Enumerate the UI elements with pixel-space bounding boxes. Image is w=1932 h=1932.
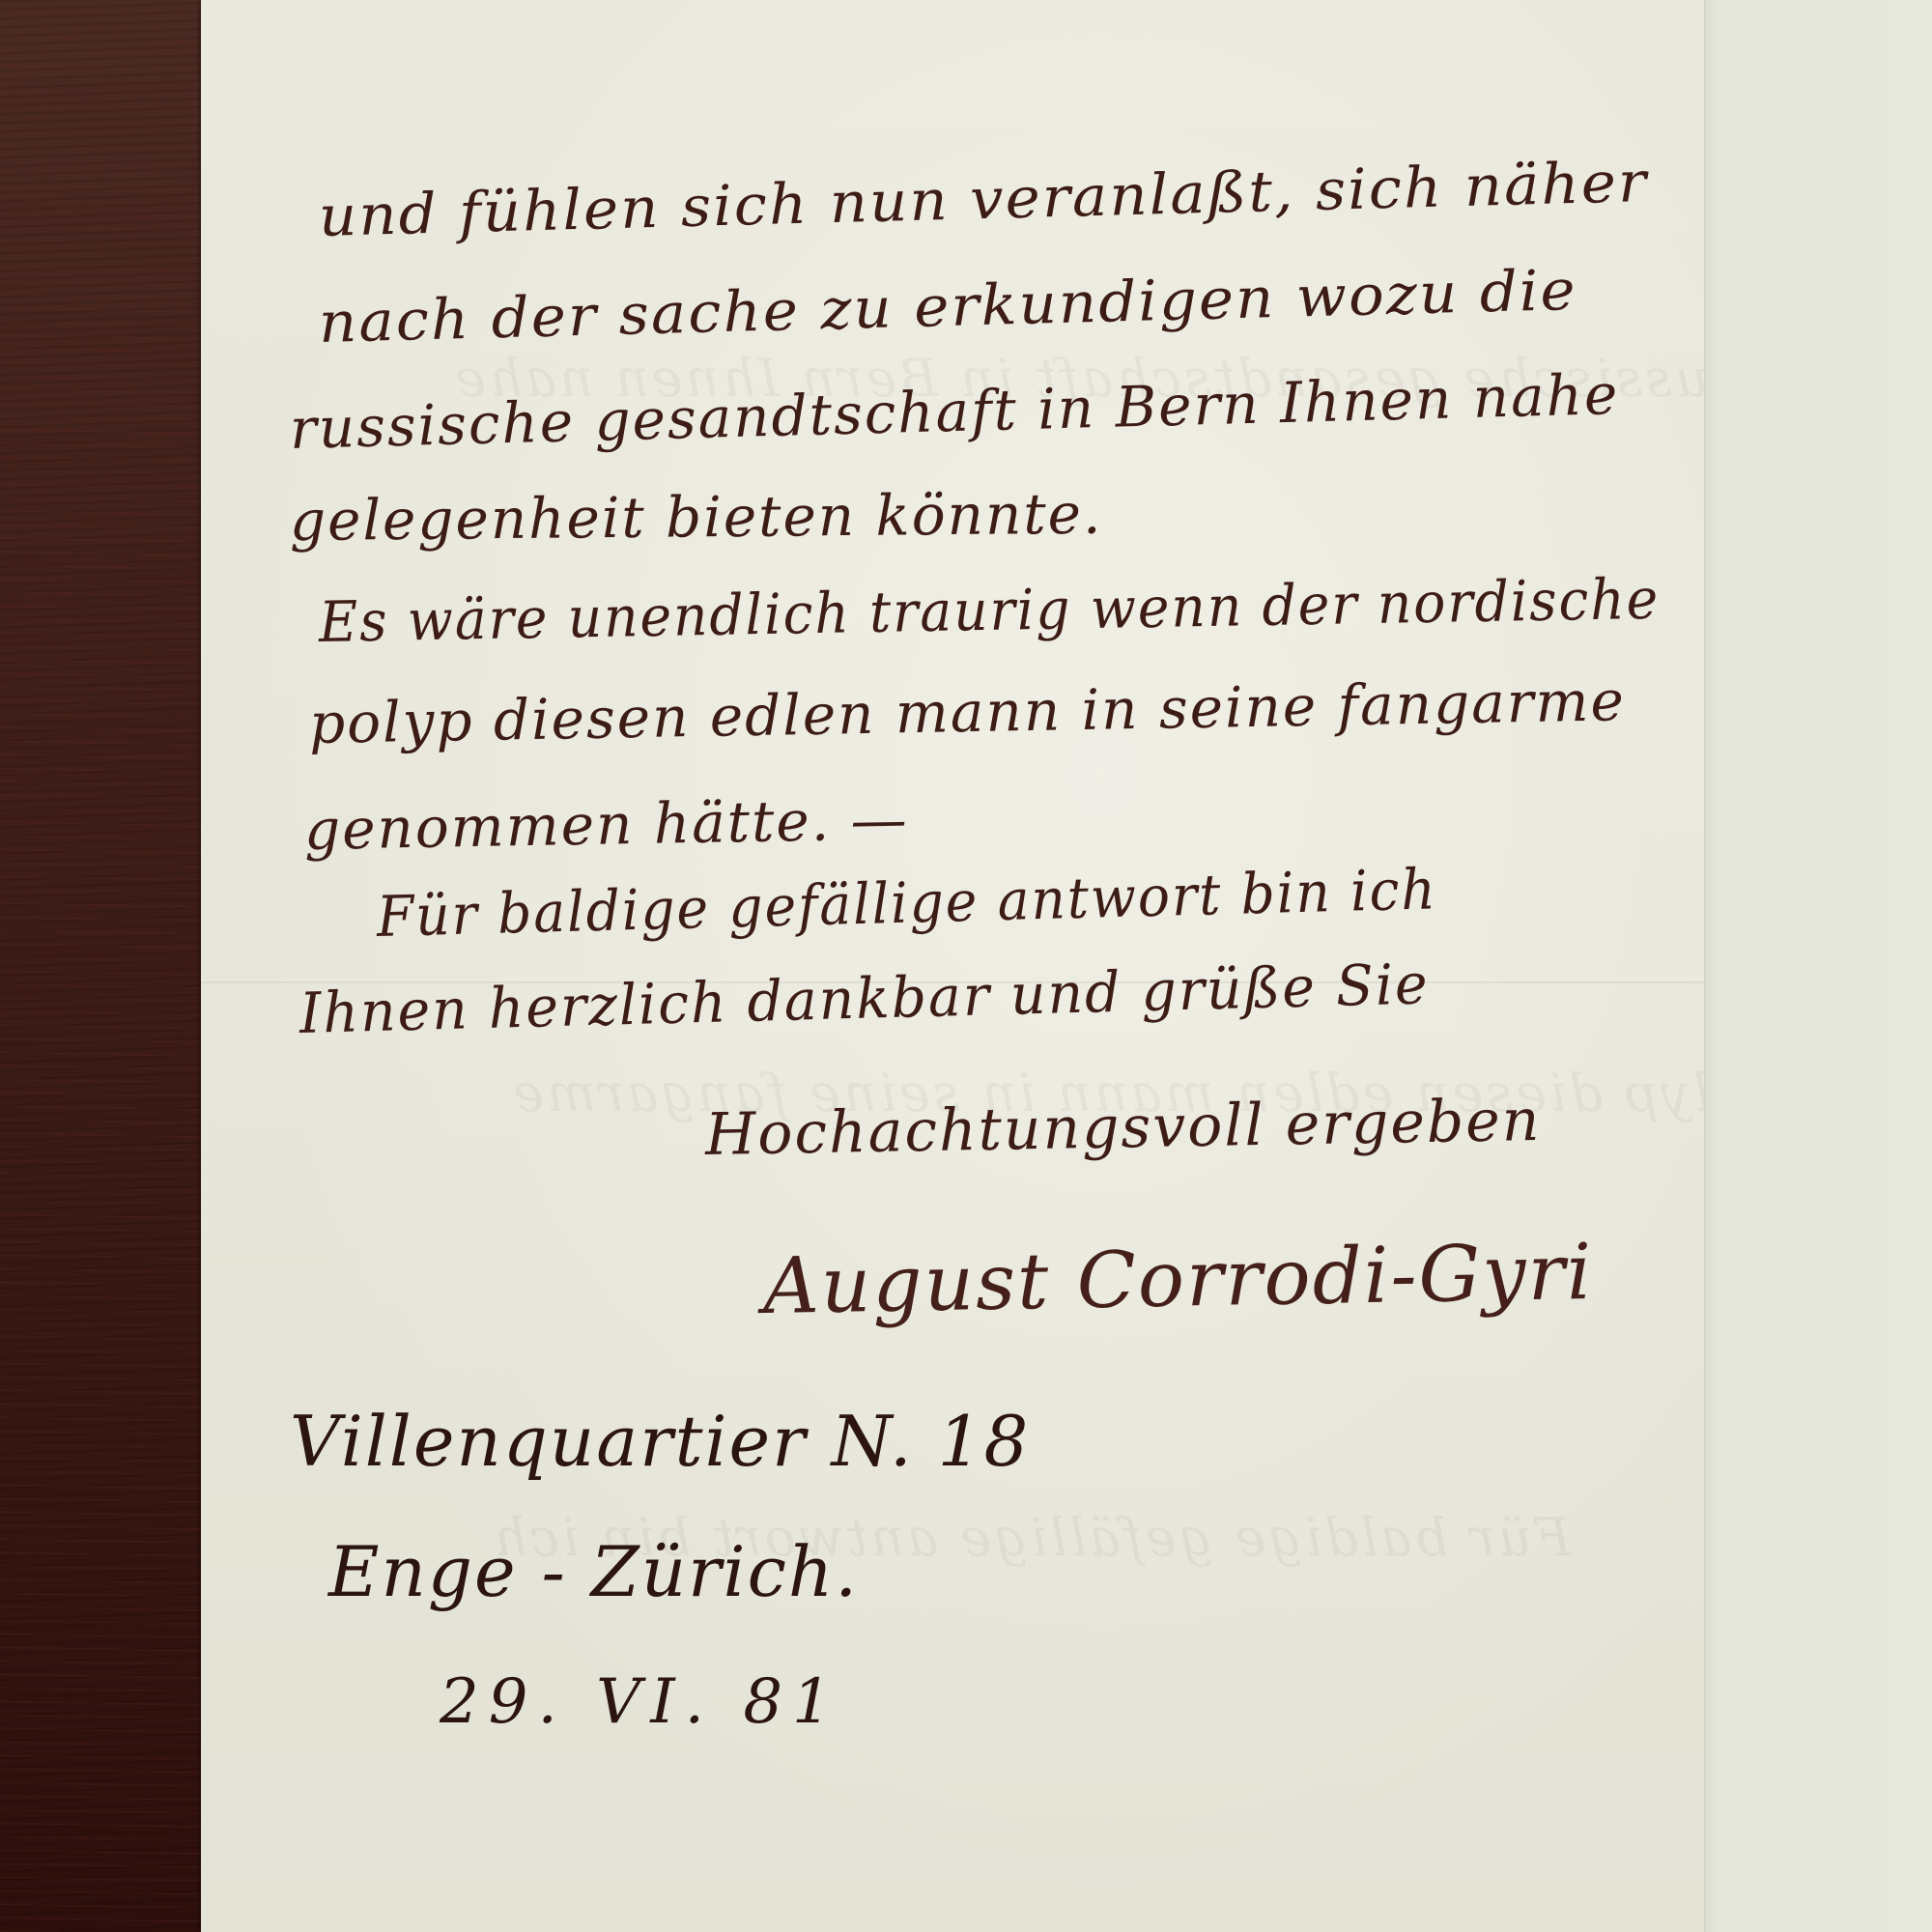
address-street: Villenquartier N. 18 (290, 1401, 1030, 1482)
address-city: Enge - Zürich. (328, 1531, 859, 1612)
letter-photo: russische gesandtschaft in Bern Ihnen na… (0, 0, 1932, 1932)
wooden-table-background (0, 0, 201, 1932)
adjacent-page-edge (1704, 0, 1932, 1932)
letter-date: 29. VI. 81 (440, 1666, 841, 1738)
letter-line: gelegenheit bieten könnte. (290, 481, 1103, 554)
signature: August Corrodi-Gyri (762, 1227, 1594, 1331)
letter-line: genommen hätte. — (303, 786, 909, 863)
